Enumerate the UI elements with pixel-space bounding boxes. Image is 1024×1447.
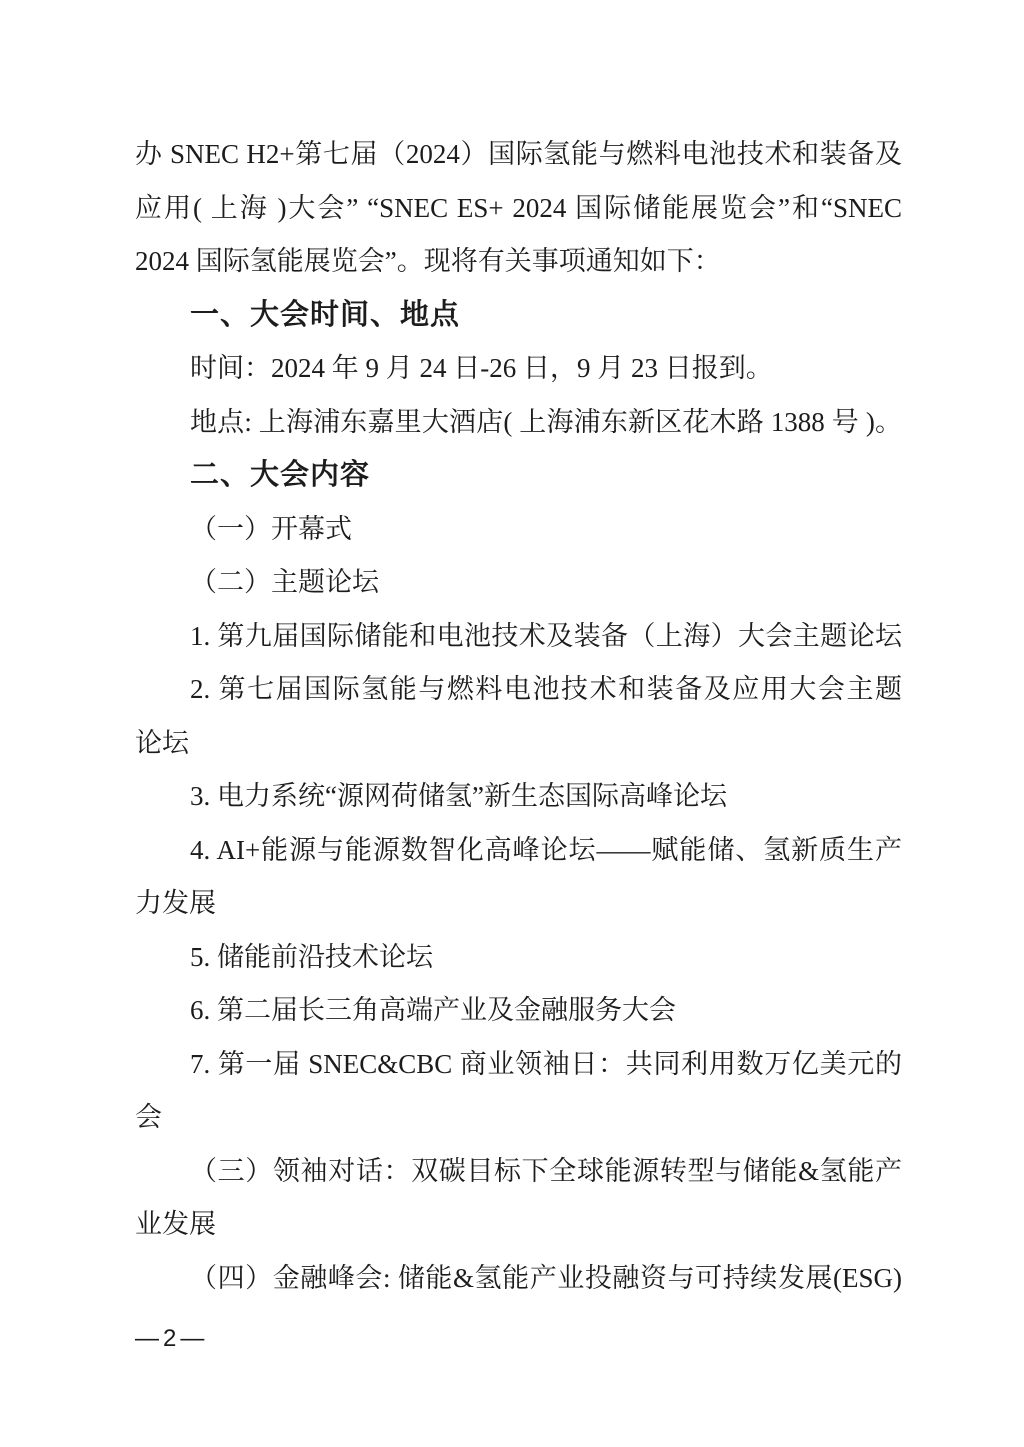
subsection-1-line: （一）开幕式: [135, 503, 902, 557]
list-item-4-continuation: 力发展: [135, 877, 902, 931]
list-item-7-continuation: 会: [135, 1091, 902, 1145]
time-line: 时间：2024 年 9 月 24 日-26 日，9 月 23 日报到。: [135, 342, 902, 396]
list-item-1: 1. 第九届国际储能和电池技术及装备（上海）大会主题论坛: [135, 610, 902, 664]
list-item-2: 2. 第七届国际氢能与燃料电池技术和装备及应用大会主题: [135, 663, 902, 717]
subsection-3-line: （三）领袖对话：双碳目标下全球能源转型与储能&氢能产: [135, 1145, 902, 1199]
section-heading-2: 二、大会内容: [135, 449, 902, 503]
paragraph-continuation-line: 办 SNEC H2+第七届（2024）国际氢能与燃料电池技术和装备及: [135, 128, 902, 182]
page-number: —2—: [135, 1323, 902, 1355]
list-item-6: 6. 第二届长三角高端产业及金融服务大会: [135, 984, 902, 1038]
list-item-2-continuation: 论坛: [135, 717, 902, 771]
location-line: 地点: 上海浦东嘉里大酒店( 上海浦东新区花木路 1388 号 )。: [135, 396, 902, 450]
list-item-5: 5. 储能前沿技术论坛: [135, 931, 902, 985]
list-item-7: 7. 第一届 SNEC&CBC 商业领袖日：共同利用数万亿美元的机: [135, 1038, 902, 1092]
list-item-4: 4. AI+能源与能源数智化高峰论坛——赋能储、氢新质生产: [135, 824, 902, 878]
paragraph-continuation-line: 应用( 上海 )大会” “SNEC ES+ 2024 国际储能展览会”和“SNE…: [135, 182, 902, 236]
subsection-2-line: （二）主题论坛: [135, 556, 902, 610]
document-body: 办 SNEC H2+第七届（2024）国际氢能与燃料电池技术和装备及 应用( 上…: [0, 0, 1024, 1355]
list-item-3: 3. 电力系统“源网荷储氢”新生态国际高峰论坛: [135, 770, 902, 824]
subsection-3-continuation: 业发展: [135, 1198, 902, 1252]
document-page: 办 SNEC H2+第七届（2024）国际氢能与燃料电池技术和装备及 应用( 上…: [0, 0, 1024, 1447]
section-heading-1: 一、大会时间、地点: [135, 289, 902, 343]
subsection-4-line: （四）金融峰会: 储能&氢能产业投融资与可持续发展(ESG): [135, 1252, 902, 1306]
paragraph-continuation-line: 2024 国际氢能展览会”。现将有关事项通知如下：: [135, 235, 902, 289]
